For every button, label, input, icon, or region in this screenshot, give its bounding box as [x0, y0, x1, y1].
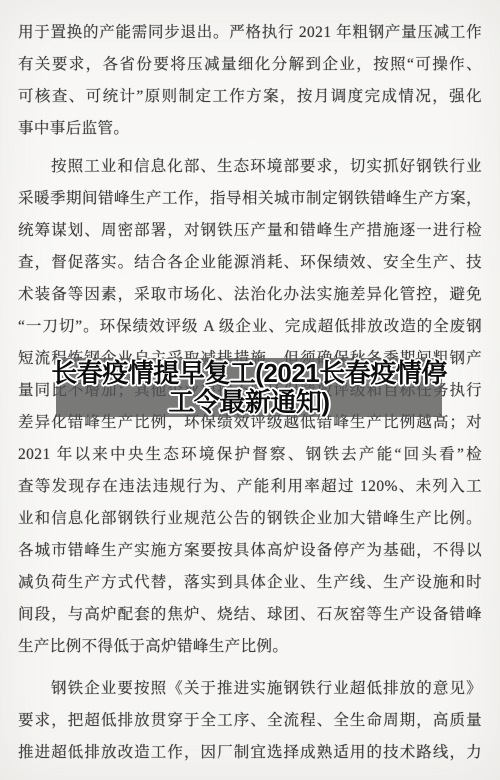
scanned-document-page: 用于置换的产能需同步退出。严格执行 2021 年粗钢产量压减工作有关要求，各省份…	[0, 0, 500, 780]
document-line: 用于置换的产能需同步退出。严格执行 2021 年粗钢产量压减工作	[18, 17, 482, 49]
document-line: 生产比例不得低于高炉错峰生产比例。	[18, 631, 482, 663]
document-line: 2021 年以来中央生态环境保护督察、钢铁去产能“回头看”检	[18, 439, 482, 471]
document-line: “一刀切”。环保绩效评级 A 级企业、完成超低排放改造的全废钢	[18, 311, 482, 343]
article-title-line-2: 工令最新通知)	[168, 388, 329, 417]
document-line: 各城市错峰生产实施方案要按具体高炉设备停产为基础，不得以	[18, 535, 482, 567]
document-line: 间段，与高炉配套的焦炉、烧结、球团、石灰窑等生产设备错峰	[18, 599, 482, 631]
document-line: 推进超低排放改造工作，因厂制宜选择成熟适用的技术路线，力	[18, 737, 482, 769]
document-line: 按照工业和信息化部、生态环境部要求，切实抓好钢铁行业	[18, 151, 482, 183]
document-line: 钢铁企业要按照《关于推进实施钢铁行业超低排放的意见》	[18, 673, 482, 705]
document-line: 有关要求，各省份要将压减量细化分解到企业，按照“可操作、	[18, 49, 482, 81]
document-line: 查，督促落实。结合各企业能源消耗、环保绩效、安全生产、技	[18, 247, 482, 279]
article-title-overlay: 长春疫情提早复工(2021长春疫情停 工令最新通知)	[56, 358, 442, 417]
document-line: 查等发现存在违法违规行为、产能利用率超过 120%、未列入工	[18, 471, 482, 503]
article-title-line-1: 长春疫情提早复工(2021长春疫情停	[51, 359, 447, 388]
document-line: 事中事后监管。	[18, 113, 482, 145]
document-line: 可核查、可统计”原则制定工作方案，按月调度完成情况，强化	[18, 81, 482, 113]
document-line: 业和信息化部钢铁行业规范公告的钢铁企业加大错峰生产比例。	[18, 503, 482, 535]
document-line: 术装备等因素，采取市场化、法治化办法实施差异化管控，避免	[18, 279, 482, 311]
document-line: 统筹谋划、周密部署，对钢铁压产量和错峰生产措施逐一进行检	[18, 215, 482, 247]
document-line: 采暖季期间错峰生产工作，指导相关城市制定钢铁错峰生产方案，	[18, 183, 482, 215]
document-line: 要求，把超低排放贯穿于全工序、全流程、全生命周期，高质量	[18, 705, 482, 737]
document-line: 减负荷生产方式代替，落实到具体企业、生产线、生产设施和时	[18, 567, 482, 599]
